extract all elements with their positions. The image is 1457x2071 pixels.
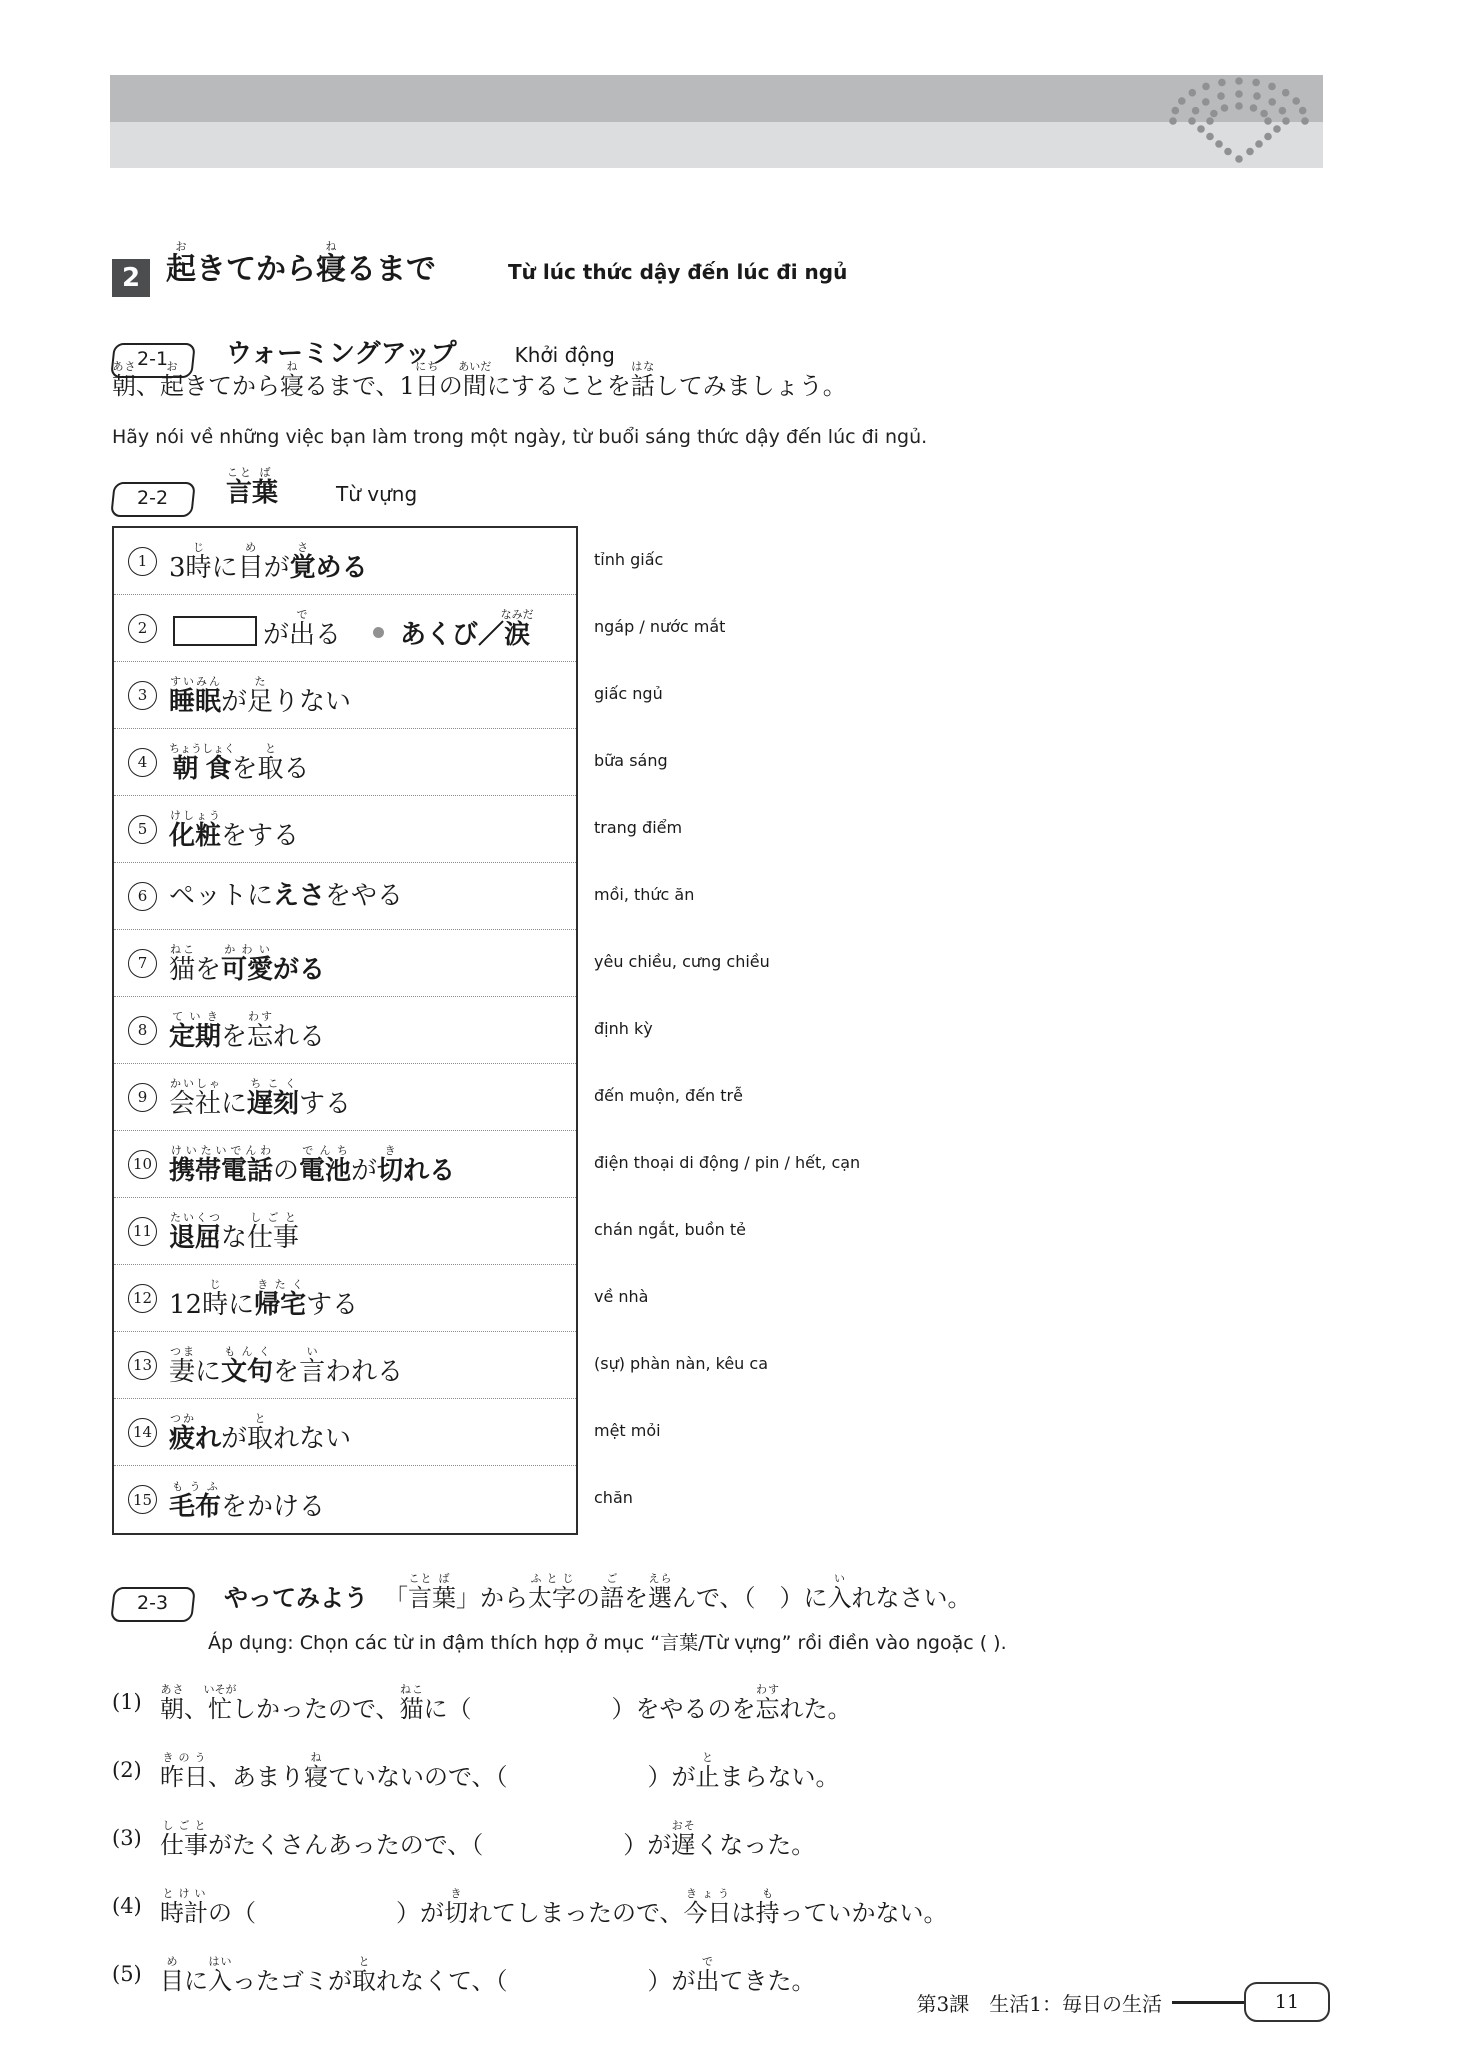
jp-text: が <box>264 553 290 583</box>
practice-instruction-jp: 「言こと葉ば」から太字ふとじの語ごを選えらんで、（ ）に入いれなさい。 <box>384 1584 972 1612</box>
jp-text: の <box>273 1156 299 1186</box>
jp-word: 起お <box>166 252 196 287</box>
jp-word: 選えら <box>648 1584 672 1612</box>
jp-word: 間あいだ <box>463 372 487 400</box>
jp-word: 文句もんく <box>221 1357 273 1387</box>
vocab-row: 2が出でるあくび／涙なみだ <box>114 595 576 662</box>
vocab-item-number: 9 <box>128 1083 157 1112</box>
vocab-row: 3睡眠すいみんが足たりない <box>114 662 576 729</box>
jp-text: を <box>624 1584 648 1612</box>
jp-word: 日にち <box>415 372 439 400</box>
jp-text: が <box>351 1156 377 1186</box>
section-title-jp: 起おきてから寝ねるまで <box>166 252 436 287</box>
vocab-item-translation: mệt mỏi <box>594 1397 1394 1464</box>
practice-badge: 2-3 <box>110 1587 196 1622</box>
jp-text: てきた。 <box>720 1967 816 1995</box>
jp-text: れない <box>273 1424 351 1454</box>
vocab-item-number: 3 <box>128 681 157 710</box>
jp-word: 時計とけい <box>160 1899 208 1927</box>
vocab-row: 13時じに目めが覚さめる <box>114 528 576 595</box>
section-title-vi: Từ lúc thức dậy đến lúc đi ngủ <box>508 260 847 284</box>
jp-text: に <box>212 553 238 583</box>
jp-word: 取と <box>258 754 284 784</box>
vocab-item-number: 14 <box>128 1418 157 1447</box>
jp-text: れなくて、（ <box>376 1967 508 1995</box>
jp-text: をする <box>221 821 299 851</box>
jp-text: をかける <box>221 1492 325 1522</box>
vocab-item-number: 7 <box>128 949 157 978</box>
jp-word: 葉ば <box>432 1584 456 1612</box>
section-heading: 2起おきてから寝ねるまでTừ lúc thức dậy đến lúc đi n… <box>112 240 847 297</box>
jp-word: 言こと <box>226 478 252 508</box>
vocab-badge: 2-2 <box>110 482 196 517</box>
jp-text: りない <box>273 687 351 717</box>
jp-word: 取と <box>247 1424 273 1454</box>
vocab-item-number: 1 <box>128 547 157 576</box>
jp-text: れる <box>403 1156 455 1186</box>
vocab-item-translation: chán ngắt, buồn tẻ <box>594 1196 1394 1263</box>
jp-word: 朝食ちょうしょく <box>169 754 232 784</box>
jp-text: ったゴミが <box>232 1967 352 1995</box>
practice-instruction-vi: Áp dụng: Chọn các từ in đậm thích hợp ở … <box>208 1628 1007 1655</box>
practice-item: (5)目めに入はいったゴミが取とれなくて、（）が出でてきた。 <box>112 1940 948 2008</box>
jp-word: 帰宅きたく <box>254 1290 306 1320</box>
vocab-item-translation: giấc ngủ <box>594 660 1394 727</box>
jp-text: がる <box>273 955 325 985</box>
vocab-row: 10携帯電話けいたいでんわの電池でんちが切きれる <box>114 1131 576 1198</box>
jp-text: に <box>184 1967 208 1995</box>
jp-text: をやる <box>325 881 403 911</box>
jp-word: 寝ね <box>316 252 346 287</box>
jp-text: に <box>228 1290 254 1320</box>
header-band-dark <box>110 75 1323 122</box>
jp-word: 化粧けしょう <box>169 821 221 851</box>
jp-word: 起お <box>160 372 184 400</box>
warmup-instruction-vi: Hãy nói về những việc bạn làm trong một … <box>112 426 927 448</box>
jp-text: する <box>299 1089 351 1119</box>
vocab-item-translation: ngáp / nước mắt <box>594 593 1394 660</box>
jp-text: を <box>232 754 258 784</box>
jp-text: われる <box>325 1357 403 1387</box>
vocab-item-japanese: 睡眠すいみんが足たりない <box>169 675 351 715</box>
jp-text: 3 <box>169 553 186 583</box>
jp-text: を <box>221 1022 247 1052</box>
vocab-item-japanese: ペットにえさをやる <box>169 883 403 909</box>
jp-text: を <box>195 955 221 985</box>
jp-word: 切き <box>377 1156 403 1186</box>
jp-word: 妻つま <box>169 1357 195 1387</box>
page-footer: 第3課 生活1：毎日の生活 11 <box>917 1982 1330 2022</box>
vocab-item-number: 4 <box>128 748 157 777</box>
vocab-translations: tỉnh giấcngáp / nước mắtgiấc ngủbữa sáng… <box>594 526 1394 1535</box>
jp-word: 言こと <box>408 1584 432 1612</box>
jp-text: る <box>284 754 310 784</box>
header-band-light <box>110 122 1323 168</box>
vocab-item-japanese: 定期ていきを忘わすれる <box>169 1010 325 1050</box>
blank-box <box>173 616 257 646</box>
jp-text: を <box>273 1357 299 1387</box>
jp-text: まらない。 <box>720 1763 840 1791</box>
jp-word: 入はい <box>208 1967 232 1995</box>
jp-text: が <box>221 687 247 717</box>
jp-word: 毛布もうふ <box>169 1492 221 1522</box>
vocab-row: 9会社かいしゃに遅刻ちこくする <box>114 1064 576 1131</box>
jp-text: 、あまり <box>208 1763 304 1791</box>
jp-word: 太字ふとじ <box>528 1584 576 1612</box>
practice-item-number: (3) <box>112 1826 160 1850</box>
fan-dots-decoration <box>1165 73 1313 165</box>
jp-word: 睡眠すいみん <box>169 687 221 717</box>
jp-text: する <box>306 1290 358 1320</box>
jp-word: 目め <box>160 1967 184 1995</box>
vocab-heading: 2-2言こと葉ばTừ vựng <box>112 466 417 517</box>
vocab-item-japanese: 化粧けしょうをする <box>169 809 299 849</box>
jp-word: 取と <box>352 1967 376 1995</box>
jp-word: 携帯電話けいたいでんわ <box>169 1156 273 1186</box>
jp-text: るまで <box>346 252 436 287</box>
vocab-item-translation: bữa sáng <box>594 727 1394 794</box>
vocab-item-japanese: 猫ねこを可愛かわいがる <box>169 943 325 983</box>
vocab-item-translation: điện thoại di động / pin / hết, cạn <box>594 1129 1394 1196</box>
jp-text: ていないので、（ <box>328 1763 508 1791</box>
jp-word: 涙なみだ <box>504 620 534 650</box>
jp-word: 猫ねこ <box>400 1695 424 1723</box>
jp-text: な <box>221 1223 247 1253</box>
jp-word: 会社かいしゃ <box>169 1089 221 1119</box>
jp-text: 「 <box>384 1584 408 1612</box>
jp-word: 出で <box>289 620 315 650</box>
vocab-row: 15毛布もうふをかける <box>114 1466 576 1533</box>
vocab-row: 14疲つかれが取とれない <box>114 1399 576 1466</box>
jp-text: がたくさんあったので、（ <box>208 1831 483 1859</box>
vocab-item-translation: định kỳ <box>594 995 1394 1062</box>
vocab-row: 8定期ていきを忘わすれる <box>114 997 576 1064</box>
jp-text: れ <box>195 1424 221 1454</box>
practice-item-japanese: 昨日きのう、あまり寝ねていないので、（）が止とまらない。 <box>160 1751 840 1789</box>
jp-word: 朝あさ <box>112 372 136 400</box>
vocab-item-translation: mồi, thức ăn <box>594 861 1394 928</box>
jp-word: 定期ていき <box>169 1022 221 1052</box>
jp-text: が <box>263 620 289 650</box>
jp-text: あくび／ <box>400 620 504 650</box>
vocab-row: 1212時じに帰宅きたくする <box>114 1265 576 1332</box>
jp-text: きてから <box>184 372 280 400</box>
practice-item: (2)昨日きのう、あまり寝ねていないので、（）が止とまらない。 <box>112 1736 948 1804</box>
jp-word: 忙いそが <box>208 1695 232 1723</box>
jp-text: 、 <box>136 372 160 400</box>
footer-line <box>1172 2001 1246 2004</box>
practice-item-japanese: 仕事しごとがたくさんあったので、（）が遅おそくなった。 <box>160 1819 815 1857</box>
vocab-item-japanese: 3時じに目めが覚さめる <box>169 541 368 581</box>
page-number-box: 11 <box>1244 1982 1330 2022</box>
jp-word: 持も <box>756 1899 780 1927</box>
vocab-item-japanese: 12時じに帰宅きたくする <box>169 1278 358 1318</box>
practice-item-japanese: 目めに入はいったゴミが取とれなくて、（）が出でてきた。 <box>160 1955 816 1993</box>
vocab-row: 13妻つまに文句もんくを言いわれる <box>114 1332 576 1399</box>
jp-word: 可愛かわい <box>221 955 273 985</box>
jp-word: 仕事しごと <box>247 1223 299 1253</box>
vocab-row: 7猫ねこを可愛かわいがる <box>114 930 576 997</box>
vocab-title-jp: 言こと葉ば <box>226 478 278 508</box>
jp-text: れる <box>273 1022 325 1052</box>
jp-text: の（ <box>208 1899 256 1927</box>
jp-word: 仕事しごと <box>160 1831 208 1859</box>
jp-text: にすることを <box>487 372 631 400</box>
jp-word: 時じ <box>202 1290 228 1320</box>
jp-text: ）が <box>648 1967 696 1995</box>
jp-word: 猫ねこ <box>169 955 195 985</box>
vocab-item-translation: yêu chiều, cưng chiều <box>594 928 1394 995</box>
jp-word: 遅刻ちこく <box>247 1089 299 1119</box>
jp-text: は <box>732 1899 756 1927</box>
jp-word: 葉ば <box>252 478 278 508</box>
practice-title-jp: やってみよう <box>224 1584 368 1612</box>
page-number: 11 <box>1275 1991 1299 2013</box>
vocab-item-number: 6 <box>128 882 157 911</box>
jp-word: 今日きょう <box>684 1899 732 1927</box>
jp-text: の <box>576 1584 600 1612</box>
jp-text: ）が <box>648 1763 696 1791</box>
jp-text: に <box>195 1357 221 1387</box>
vocab-item-number: 2 <box>128 614 157 643</box>
vocab-item-japanese: 疲つかれが取とれない <box>169 1412 351 1452</box>
jp-word: 話はな <box>631 372 655 400</box>
practice-item: (4)時計とけいの（）が切きれてしまったので、今日きょうは持もっていかない。 <box>112 1872 948 1940</box>
jp-text: れた。 <box>780 1695 852 1723</box>
vocab-item-japanese: 会社かいしゃに遅刻ちこくする <box>169 1077 351 1117</box>
jp-text: くなった。 <box>695 1831 815 1859</box>
jp-text: えさ <box>273 881 325 911</box>
vocab-item-translation: đến muộn, đến trễ <box>594 1062 1394 1129</box>
practice-heading: 2-3やってみよう「言こと葉ば」から太字ふとじの語ごを選えらんで、（ ）に入いれ… <box>112 1572 972 1622</box>
practice-item: (1)朝あさ、忙いそがしかったので、猫ねこに（）をやるのを忘わすれた。 <box>112 1668 948 1736</box>
jp-word: 寝ね <box>304 1763 328 1791</box>
vocab-item-number: 12 <box>128 1284 157 1313</box>
jp-word: 切き <box>444 1899 468 1927</box>
jp-text: れなさい。 <box>852 1584 972 1612</box>
jp-word: 時じ <box>186 553 212 583</box>
vocab-item-number: 5 <box>128 815 157 844</box>
jp-word: 疲つか <box>169 1424 195 1454</box>
jp-text: ）が <box>623 1831 671 1859</box>
jp-word: 言い <box>299 1357 325 1387</box>
practice-item-number: (2) <box>112 1758 160 1782</box>
jp-word: 寝ね <box>280 372 304 400</box>
jp-word: 電池でんち <box>299 1156 351 1186</box>
jp-word: 退屈たいくつ <box>169 1223 221 1253</box>
vocab-item-number: 11 <box>128 1217 157 1246</box>
jp-text: きてから <box>196 252 316 287</box>
jp-word: 忘わす <box>756 1695 780 1723</box>
jp-text: 12 <box>169 1290 202 1320</box>
jp-word: 目め <box>238 553 264 583</box>
vocab-item-translation: về nhà <box>594 1263 1394 1330</box>
jp-text: に <box>221 1089 247 1119</box>
vocab-item-number: 15 <box>128 1485 157 1514</box>
jp-word: 入い <box>828 1584 852 1612</box>
jp-text: っていかない。 <box>780 1899 948 1927</box>
bullet-icon <box>373 627 384 638</box>
vocab-row: 4朝食ちょうしょくを取とる <box>114 729 576 796</box>
jp-word: 朝あさ <box>160 1695 184 1723</box>
vocab-item-japanese: 毛布もうふをかける <box>169 1480 325 1520</box>
vocab-title-vi: Từ vựng <box>336 482 417 506</box>
jp-text: が <box>221 1424 247 1454</box>
vocab-item-japanese: 妻つまに文句もんくを言いわれる <box>169 1345 403 1385</box>
vocab-item-number: 13 <box>128 1351 157 1380</box>
vocab-row: 11退屈たいくつな仕事しごと <box>114 1198 576 1265</box>
practice-item-number: (1) <box>112 1690 160 1714</box>
jp-text: ）が <box>396 1899 444 1927</box>
section-number-box: 2 <box>112 259 150 297</box>
practice-item-japanese: 時計とけいの（）が切きれてしまったので、今日きょうは持もっていかない。 <box>160 1887 948 1925</box>
jp-text: に（ <box>424 1695 472 1723</box>
jp-text: んで、（ ）に <box>672 1584 828 1612</box>
vocab-item-translation: (sự) phàn nàn, kêu ca <box>594 1330 1394 1397</box>
jp-word: 覚さ <box>290 553 316 583</box>
vocab-item-japanese: 朝食ちょうしょくを取とる <box>169 742 310 782</box>
textbook-page: 2起おきてから寝ねるまでTừ lúc thức dậy đến lúc đi n… <box>0 0 1457 2071</box>
jp-text: る <box>315 620 341 650</box>
jp-word: 忘わす <box>247 1022 273 1052</box>
vocab-badge-label: 2-2 <box>138 488 169 510</box>
jp-text: ）をやるのを <box>612 1695 756 1723</box>
jp-word: 止と <box>696 1763 720 1791</box>
vocab-item-japanese: が出でるあくび／涙なみだ <box>169 608 534 648</box>
warmup-instruction-jp: 朝あさ、起おきてから寝ねるまで、1日にちの間あいだにすることを話はなしてみましょ… <box>112 360 847 405</box>
footer-lesson-title: 第3課 生活1：毎日の生活 <box>917 1988 1162 2017</box>
practice-item: (3)仕事しごとがたくさんあったので、（）が遅おそくなった。 <box>112 1804 948 1872</box>
vocab-item-translation: chăn <box>594 1464 1394 1531</box>
vocab-item-japanese: 退屈たいくつな仕事しごと <box>169 1211 299 1251</box>
vocab-item-translation: tỉnh giấc <box>594 526 1394 593</box>
jp-word: 足た <box>247 687 273 717</box>
vocab-row: 5化粧けしょうをする <box>114 796 576 863</box>
jp-text: しかったので、 <box>232 1695 400 1723</box>
jp-word: 昨日きのう <box>160 1763 208 1791</box>
practice-item-number: (5) <box>112 1962 160 1986</box>
practice-badge-label: 2-3 <box>138 1593 169 1615</box>
jp-text: れてしまったので、 <box>468 1899 684 1927</box>
vocab-item-number: 8 <box>128 1016 157 1045</box>
practice-item-number: (4) <box>112 1894 160 1918</box>
jp-word: 語ご <box>600 1584 624 1612</box>
jp-text: ペットに <box>169 881 273 911</box>
header-band <box>110 75 1323 168</box>
vocab-item-translation: trang điểm <box>594 794 1394 861</box>
jp-text: るまで、1 <box>304 372 415 400</box>
practice-list: (1)朝あさ、忙いそがしかったので、猫ねこに（）をやるのを忘わすれた。(2)昨日… <box>112 1668 948 2008</box>
vocab-table: 13時じに目めが覚さめる2が出でるあくび／涙なみだ3睡眠すいみんが足たりない4朝… <box>112 526 578 1535</box>
jp-text: 」から <box>456 1584 528 1612</box>
vocab-item-number: 10 <box>128 1150 157 1179</box>
vocab-item-japanese: 携帯電話けいたいでんわの電池でんちが切きれる <box>169 1144 455 1184</box>
jp-text: める <box>316 553 368 583</box>
vocab-row: 6ペットにえさをやる <box>114 863 576 930</box>
jp-word: 出で <box>696 1967 720 1995</box>
jp-word: 遅おそ <box>671 1831 695 1859</box>
vocab-section: 13時じに目めが覚さめる2が出でるあくび／涙なみだ3睡眠すいみんが足たりない4朝… <box>112 526 1394 1535</box>
jp-text: してみましょう。 <box>655 372 847 400</box>
practice-item-japanese: 朝あさ、忙いそがしかったので、猫ねこに（）をやるのを忘わすれた。 <box>160 1683 852 1721</box>
